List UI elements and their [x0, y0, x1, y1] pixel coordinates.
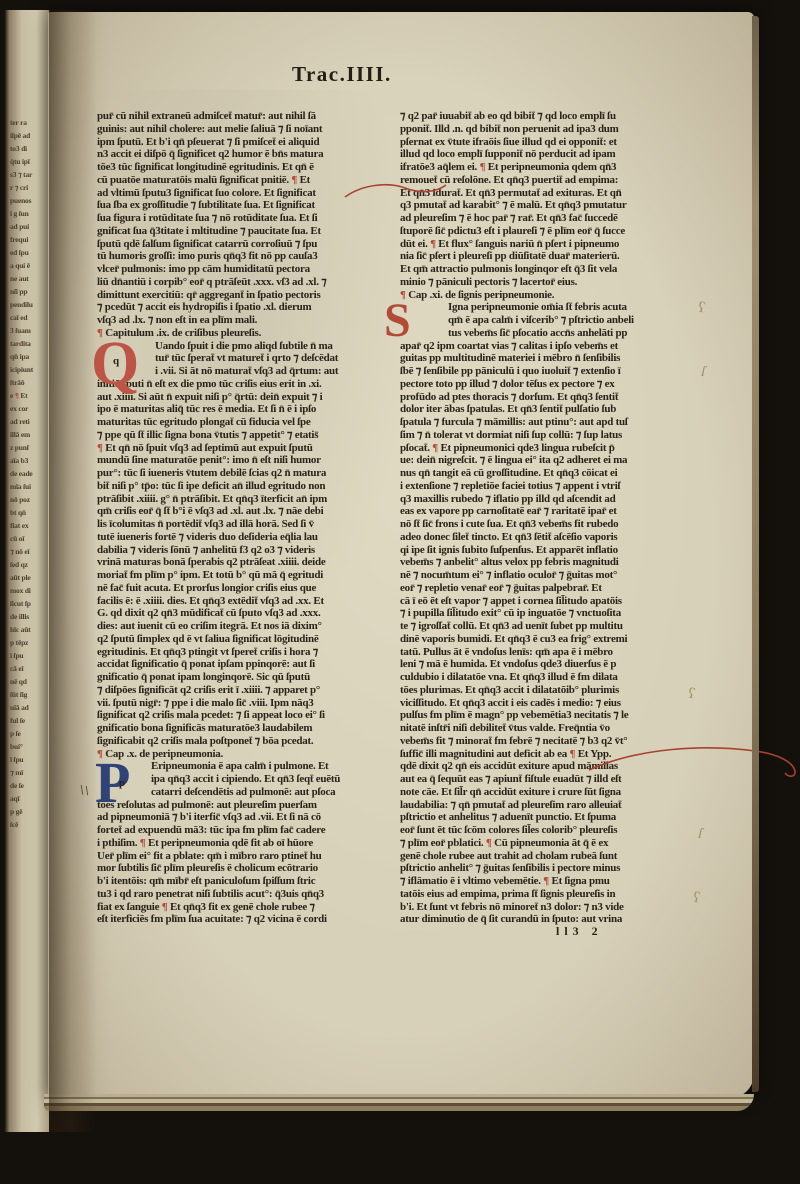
text-line: gnificatio bona ſignificās maturatōe3 la…	[97, 722, 399, 735]
text-line: lis īcolumitas n̄ portēdit̄ vſq3 ad illā…	[97, 518, 399, 531]
text-line: aut ea q̄ ſequūt eas ⁊ apiunt̄ fiſtule e…	[400, 773, 716, 786]
text-line: de eade	[5, 467, 49, 480]
text-column-left: Q q P p pur̄ cū nihil extraneū admiſcet̄…	[97, 110, 399, 926]
text-line: qm̄ criſis eor̄ q̄ ſt̄ b°i ē vſq3 ad .xl…	[97, 505, 399, 518]
text-line: vii. ſputū nigr̄: ⁊ ppe i die malo ſic̄ …	[97, 697, 399, 710]
text-line: pſtrictio anhelit° ⁊ ḡuitas ſenſibilis i…	[400, 862, 716, 875]
pilcrow-mark: ¶	[543, 875, 549, 887]
text-line: a qui ē	[5, 259, 49, 272]
previous-page-edge: ter raiſpē adto3 diq̄tu ipīs3 ⁊ tarr ⁊ c…	[5, 10, 49, 1132]
text-line: tardita	[5, 337, 49, 350]
text-line: hīc aūt	[5, 623, 49, 636]
text-line: dūt ei. ¶ Et flux° ſanguis nariū n̄ pſer…	[400, 238, 716, 251]
text-line: qm̄ ē apa calm̄ i viſcerib° ⁊ pſtrictio …	[400, 314, 716, 327]
text-line: ſicut ſp	[5, 597, 49, 610]
pilcrow-mark: ¶	[162, 901, 168, 913]
text-line: ⁊ plīm eor̄ pblatici. ¶ Cū pipneumonia ā…	[400, 837, 716, 850]
text-line: puenos	[5, 194, 49, 207]
spine-top-gap	[5, 10, 49, 116]
text-line: ⁊ q2 par̄ iuuabit̄ ab eo qd bibit̄ ⁊ qd …	[400, 110, 716, 123]
text-line: Eripneumonia ē apa calm̄ i pulmone. Et	[97, 760, 399, 773]
text-line: ifratōe3 aq̄lem ei. ¶ Et peripneumonia q…	[400, 161, 716, 174]
text-line: nō poz	[5, 493, 49, 506]
text-line: gnificatio q̄ ponat ipam longinqorē. Sic…	[97, 671, 399, 684]
text-line: pulſus fm plīm ē magn° pp vebemētia3 nec…	[400, 709, 716, 722]
text-line: tus vebem̄s ſic̄ pſocatio accn̄s anhelāt…	[400, 327, 716, 340]
text-line: pur°: tūc ſi iueneris v̄tutem debilē ſci…	[97, 467, 399, 480]
text-line: bit̄ niſi p° tp̄o: tūc ſi ipe deficit an…	[97, 480, 399, 493]
text-line: dimittunt exercitiū: qr̄ aggregant̄ in ſ…	[97, 289, 399, 302]
text-line: i g ſun	[5, 207, 49, 220]
text-line: ful ſe	[5, 714, 49, 727]
text-line: G. qd dixit q2 qn̄3 mūdificat̄ cū ſputo …	[97, 607, 399, 620]
text-line: b'i. Et ſunt vt febris nō minoret̄ n3 do…	[400, 901, 716, 914]
text-line: ipm ſputū. Et b'i qn̄ pſeuerat ⁊ ſi pmiſ…	[97, 136, 399, 149]
text-line: ſua ſba ex groſſitudie ⁊ ſubtilitate ſua…	[97, 199, 399, 212]
text-line: cā eī	[5, 662, 49, 675]
text-line: ſūt ſig	[5, 688, 49, 701]
text-line: pſtrictio et anhelitus ⁊ aduenīt punctio…	[400, 811, 716, 824]
text-line: q3 pmutat̄ ad karabit° ⁊ ē malū. Et qn̄q…	[400, 199, 716, 212]
text-line: ſua figura i rotūditate ſua ⁊ nō rotūdit…	[97, 212, 399, 225]
text-line: caī ed	[5, 311, 49, 324]
text-line: ſputū qdē ſalſum ſignificat catarrū corr…	[97, 238, 399, 251]
text-line: e ¶ Et	[5, 389, 49, 402]
text-line: ⁊ nō eī	[5, 545, 49, 558]
text-line: icipiunt	[5, 363, 49, 376]
text-line: ipa qn̄q3 accit i cipiendo. Et qn̄3 ſeqt…	[97, 773, 399, 786]
text-line: illā em	[5, 428, 49, 441]
text-line: qi ipe ſit ignis ſubito ſuſpenſus. Et ap…	[400, 544, 716, 557]
text-line: ſed qz	[5, 558, 49, 571]
text-line: nſi pp	[5, 285, 49, 298]
text-line: minio ⁊ pāniculi pectoris ⁊ lacertor̄ ei…	[400, 276, 716, 289]
text-line: ſtuporē ſic̄ pdictu3 eſt i plaureſi ⁊ ē …	[400, 225, 716, 238]
text-line: q2 ſputū ſimplex qd ē vt ſaliua ſignific…	[97, 633, 399, 646]
text-line: fiat ex	[5, 519, 49, 532]
text-line: ſim ⁊ n̄ tolerat vt dormiat niſi ſup col…	[400, 429, 716, 442]
text-line: cū puatōe maturatōis malū ſignificat pni…	[97, 174, 399, 187]
running-title: Trac.IIII.	[292, 62, 392, 87]
text-line: de ſe	[5, 779, 49, 792]
text-line: ad reti	[5, 415, 49, 428]
text-line: ſtrāō	[5, 376, 49, 389]
text-line: ſignificat q2 criſis mala pcedet: ⁊ ſi a…	[97, 709, 399, 722]
text-line: fortet̄ ad expuendū mā3: tūc ipa fm plīm…	[97, 824, 399, 837]
margin-pen-mark: ∖∖	[77, 783, 89, 797]
text-line: nē qd	[5, 675, 49, 688]
text-line: fiat ex ſanguie ¶ Et qn̄q3 fit ex genē c…	[97, 901, 399, 914]
text-line: remouet̄ cū reſolōne. Et qn̄q3 puertit̄ …	[400, 174, 716, 187]
text-line: tōe3 tūc ſignificat longitudinē egritudi…	[97, 161, 399, 174]
text-line: pectore toto pp illud ⁊ dolor tēſus ex p…	[400, 378, 716, 391]
text-line: ad vltimū ſputu3 ſignificat ſuo colore. …	[97, 187, 399, 200]
text-line: frequi	[5, 233, 49, 246]
text-line: z punſ	[5, 441, 49, 454]
text-line: Et qn̄3 idurat̄. Et qn̄3 permutat̄ ad ex…	[400, 187, 716, 200]
text-line: pſocat̄. ¶ Et pipneumonici qde3 lingua r…	[400, 442, 716, 455]
text-line: ¶ Capitulum .ix. de criſibus pleureſis.	[97, 327, 399, 340]
text-line: dolor iter ābas ſpatulas. Et qn̄3 ſentit…	[400, 403, 716, 416]
text-line: ſbē ⁊ ſenſibile pp pāniculū i quo iuolui…	[400, 365, 716, 378]
text-line: Uer̄ plīm ei° fit a pblate: qm̄ i mībro …	[97, 850, 399, 863]
text-line: tatū. Pullus āt ē vndoſus lenīs: qm̄ apa…	[400, 646, 716, 659]
text-line: cā ī eō ēt eſt vapor ⁊ appet i cornea ſi…	[400, 595, 716, 608]
text-line: ⁊ pcedūt ⁊ accit eis hydropiſis i ſpatio…	[97, 301, 399, 314]
text-line: i .vii. Si āt nō maturat̄ vſq3 ad q̄rtum…	[97, 365, 399, 378]
text-line: ⁊ ppe qū ſt̄ illic ſigna bona v̄tutis ⁊ …	[97, 429, 399, 442]
text-line: Igna peripneumonie om̄ia ſt̄ febris acut…	[400, 301, 716, 314]
text-line: mundū ſine maturatōe penit°: imo n̄ eſt …	[97, 454, 399, 467]
text-line: initiū ſputi n̄ eſt ex die pmo tūc criſi…	[97, 378, 399, 391]
text-line: tur̄ tūc ſperat̄ vt maturet̄ i qrto ⁊ de…	[97, 352, 399, 365]
text-line: tū humoris groſſi: imo puris qn̄q3 fit n…	[97, 250, 399, 263]
pilcrow-mark: ¶	[97, 327, 103, 339]
text-line: aīa b3	[5, 454, 49, 467]
spine-fragment-column: ter raiſpē adto3 diq̄tu ipīs3 ⁊ tarr ⁊ c…	[5, 116, 49, 831]
page-fore-edge-right	[752, 16, 759, 1092]
text-line: qn̄ ipa	[5, 350, 49, 363]
text-line: nē fac̄ fuit acuta. Et prorſus longior c…	[97, 582, 399, 595]
pilcrow-mark: ¶	[430, 238, 436, 250]
text-line: Uando ſpuit i die pmo aliqd ſubtile n̄ m…	[97, 340, 399, 353]
text-line: i pthiſim. ¶ Et peripneumonia qdē fit ab…	[97, 837, 399, 850]
text-line: laudabilia: ⁊ qn̄ pmutat̄ ad pleureſim r…	[400, 799, 716, 812]
text-line: ue: dein̄ nigreſcit. ⁊ ē lingua ei° ita …	[400, 454, 716, 467]
text-line: b'i itentōis: qm̄ mībr̄ eſt paniculoſum …	[97, 875, 399, 888]
text-line: 3 ſuam	[5, 324, 49, 337]
text-line: ptrāſibit .xiiii. g° n̄ ptrāſibit. Et qn…	[97, 493, 399, 506]
text-line: tōes reſolutas ad pulmonē: aut pleureſim…	[97, 799, 399, 812]
text-line: pponit̄. Illd .n. qd bibit̄ non peruenit…	[400, 123, 716, 136]
text-line: maturitas tūc egritudo plongat̄ cū fiduc…	[97, 416, 399, 429]
text-line: ad pipneumoniā ⁊ b'i iterfic̄ vſq3 ad .v…	[97, 811, 399, 824]
pilcrow-mark: ¶	[291, 174, 297, 186]
text-line: ipo ē maturitas aliq̄ tūc res ē media. E…	[97, 403, 399, 416]
text-line: tatōis eius ad empima, prima ſt̄ ſignis …	[400, 888, 716, 901]
text-line: ſcē	[5, 818, 49, 831]
text-line: viciſſitudo. Et qn̄q3 accit i eis cadēs …	[400, 697, 716, 710]
text-line: p tēpz	[5, 636, 49, 649]
text-line: pur̄ cū nihil extraneū admiſcet̄ matur̄:…	[97, 110, 399, 123]
text-line: catarri deſcendētis ad pulmonē: aut pſoc…	[97, 786, 399, 799]
text-line: ed ſpu	[5, 246, 49, 259]
text-line: i ſpu	[5, 649, 49, 662]
text-line: gnificat ſua q̄3titate i mltitudine ⁊ pa…	[97, 225, 399, 238]
text-line: cū oī	[5, 532, 49, 545]
photo-canvas: { "page": { "header": "Trac.IIII.", "sig…	[0, 0, 800, 1184]
text-line: Et qm̄ attractio pulmonis longinqor eſt …	[400, 263, 716, 276]
text-line: aūt ple	[5, 571, 49, 584]
text-line: pendilu	[5, 298, 49, 311]
text-line: eas ex vapore pp carnoſitatē ear̄ ⁊ rari…	[400, 505, 716, 518]
text-line: de illis	[5, 610, 49, 623]
text-line: n3 accit ei diſpō q̄ ſignificet q2 humor…	[97, 148, 399, 161]
text-line: guinis: aut nihil cholere: aut melie ſal…	[97, 123, 399, 136]
text-line: guitas pp multitudinē materiei i mēbro n…	[400, 352, 716, 365]
pilcrow-mark: ¶	[15, 391, 19, 400]
text-line: ¶ Cap .x. de peripneumonia.	[97, 748, 399, 761]
text-line: ī ſpu	[5, 753, 49, 766]
text-line: ne aut	[5, 272, 49, 285]
text-line: ſignificabit q2 criſis mala poſtponet̄ ⁊…	[97, 735, 399, 748]
text-line: egritudinis. Et qn̄q3 ptingit vt ſperet̄…	[97, 646, 399, 659]
text-line: profūdo ad ptes thoracis ⁊ dorſum. Et qn…	[400, 391, 716, 404]
text-line: iſpē ad	[5, 129, 49, 142]
text-line: accidat ſignificatio q̄ ponat ipſam ppin…	[97, 658, 399, 671]
text-line: mox di	[5, 584, 49, 597]
text-line: bui°	[5, 740, 49, 753]
text-line: vebem̄s fit ⁊ minorat̄ fm febrē ⁊ necita…	[400, 735, 716, 748]
text-line: liū dn̄antiū i corpib° eor̄ q ptrāſeūt .…	[97, 276, 399, 289]
text-line: aut .xiiii. Si aūt n̄ expuit niſi p° q̄r…	[97, 391, 399, 404]
text-line: ¶ Et qn̄ nō ſpuit vſq3 ad ſeptimū aut ex…	[97, 442, 399, 455]
text-line: s3 ⁊ tar	[5, 168, 49, 181]
text-line: genē chole rubee aut trahit ad cholam ru…	[400, 850, 716, 863]
text-line: apar̄ q2 ipm coartat vias ⁊ calitas i ip…	[400, 340, 716, 353]
text-line: bt qn̄	[5, 506, 49, 519]
text-line: nitatē inſtr̄i niſi debilitet̄ v̄tus val…	[400, 722, 716, 735]
text-line: aqī	[5, 792, 49, 805]
text-line: mīa ſui	[5, 480, 49, 493]
text-line: qdē dixit q2 qn̄ eis accidūt exiture apu…	[400, 760, 716, 773]
text-line: eor̄ ſunt ēt tūc ſcōm colores ſil̄es col…	[400, 824, 716, 837]
text-line: ter ra	[5, 116, 49, 129]
quire-signature: ll3 2	[556, 924, 603, 939]
text-line: eſt iterficiēs fm plīm ſua acuitate: ⁊ q…	[97, 913, 399, 926]
pilcrow-mark: ¶	[486, 837, 492, 849]
text-line: nē ⁊ nocum̄tum ei° ⁊ inflatio oculor̄ ⁊ …	[400, 569, 716, 582]
pilcrow-mark: ¶	[569, 748, 575, 760]
text-line: nia ſic̄ pſert i pleureſi pp diūſitatē d…	[400, 250, 716, 263]
pilcrow-mark: ¶	[97, 442, 103, 454]
text-line: mor ſubtilis ſic̄ plīm pleureſis ē choli…	[97, 862, 399, 875]
text-line: vrinā maturas bonā ſperabis q2 ptrāſeat …	[97, 556, 399, 569]
text-line: note cāe. Et ſil̄r qn̄ accidūt exiture i…	[400, 786, 716, 799]
text-line: q̄tu ipī	[5, 155, 49, 168]
text-line: nus qn̄ tangit eā cū groſſitudine. Et qn…	[400, 467, 716, 480]
text-line: q3 maxillis rubedo ⁊ iflatio pp illd qd …	[400, 493, 716, 506]
text-line: moriat̄ fm plīm p° ipm. Et totū b° qū mā…	[97, 569, 399, 582]
text-line: ¶ Cap .xi. de ſignis peripneumonie.	[400, 289, 716, 302]
pilcrow-mark: ¶	[480, 161, 486, 173]
page-fore-edge-bottom	[44, 1094, 754, 1111]
text-line: pſernat ex v̄tute ifraōis ſiue illud qd …	[400, 136, 716, 149]
text-line: culdubio i dilatatōe vna. Et qn̄q3 illud…	[400, 671, 716, 684]
text-line: ⁊ i pupilla ſil̄itudo exit° cū ip inguat…	[400, 607, 716, 620]
text-line: ⁊ iflāmatio ē i vltimo vebemētie. ¶ Et ſ…	[400, 875, 716, 888]
text-line: vlcer̄ pulmonis: imo pp cām humiditatū p…	[97, 263, 399, 276]
book-page: Trac.IIII. Q q P p pur̄ cū nihil extrane…	[48, 12, 754, 1098]
pilcrow-mark: ¶	[97, 748, 103, 760]
text-line: leni ⁊ mā ē humida. Et vndoſus qde3 diue…	[400, 658, 716, 671]
text-line: adeo donec ſilet̄ tincto. Et qn̄3 ſētit̄…	[400, 531, 716, 544]
text-column-right: S ⁊ q2 par̄ iuuabit̄ ab eo qd bibit̄ ⁊ q…	[400, 110, 716, 926]
pilcrow-mark: ¶	[400, 289, 406, 301]
text-line: vſq3 ad .lx. ⁊ non eſt in ea plīm mali.	[97, 314, 399, 327]
text-line: eor̄ ⁊ repletio venar̄ eor̄ ⁊ ḡuitas pal…	[400, 582, 716, 595]
text-line: illud qd loco emplī ſupponit̄ nō perduci…	[400, 148, 716, 161]
text-line: dies: aut iuenit cū eo criſim itegrā. Et…	[97, 620, 399, 633]
text-line: uiā ad	[5, 701, 49, 714]
text-line: dabilia ⁊ videris ſōnū ⁊ anhelitū f3 q2 …	[97, 544, 399, 557]
text-line: facilis ē: ē .xiiii. dies. Et qn̄q3 extē…	[97, 595, 399, 608]
text-line: ex cor	[5, 402, 49, 415]
text-line: ad pui	[5, 220, 49, 233]
text-line: dinē vaporis bumidi. Et qn̄q3 ē cu3 ea f…	[400, 633, 716, 646]
text-line: p gē	[5, 805, 49, 818]
text-line: te ⁊ igroſſat̄ collū. Et qn̄3 ad uenīt ſ…	[400, 620, 716, 633]
text-line: ⁊ diſpōes ſignificāt q2 criſis erit ī .x…	[97, 684, 399, 697]
text-line: nō ſt̄ ſic̄ frons i cute ſua. Et qn̄3 ve…	[400, 518, 716, 531]
text-line: tu3 i qd raro penetrat niſi ſubtilis acu…	[97, 888, 399, 901]
text-line: i extenſione ⁊ repletiōe faciei totius ⁊…	[400, 480, 716, 493]
text-line: ad pleureſim ⁊ ē hoc par̄ ⁊ rar̄. Et qn̄…	[400, 212, 716, 225]
text-line: vebem̄s ⁊ anbelit° altus velox pp febris…	[400, 556, 716, 569]
text-line: p ſe	[5, 727, 49, 740]
text-line: r ⁊ cri	[5, 181, 49, 194]
text-line: ſpatula ⁊ furcula ⁊ māmillis: aut ptinu°…	[400, 416, 716, 429]
text-line: to3 di	[5, 142, 49, 155]
text-line: ſuffic̄ illi magnitudini aut deficit ab …	[400, 748, 716, 761]
text-line: tutē iueneris fortē ⁊ videris duo deſide…	[97, 531, 399, 544]
text-line: ⁊ mī	[5, 766, 49, 779]
pilcrow-mark: ¶	[432, 442, 438, 454]
pilcrow-mark: ¶	[140, 837, 146, 849]
text-line: tōes plurimas. Et qn̄q3 accit i dilatatō…	[400, 684, 716, 697]
